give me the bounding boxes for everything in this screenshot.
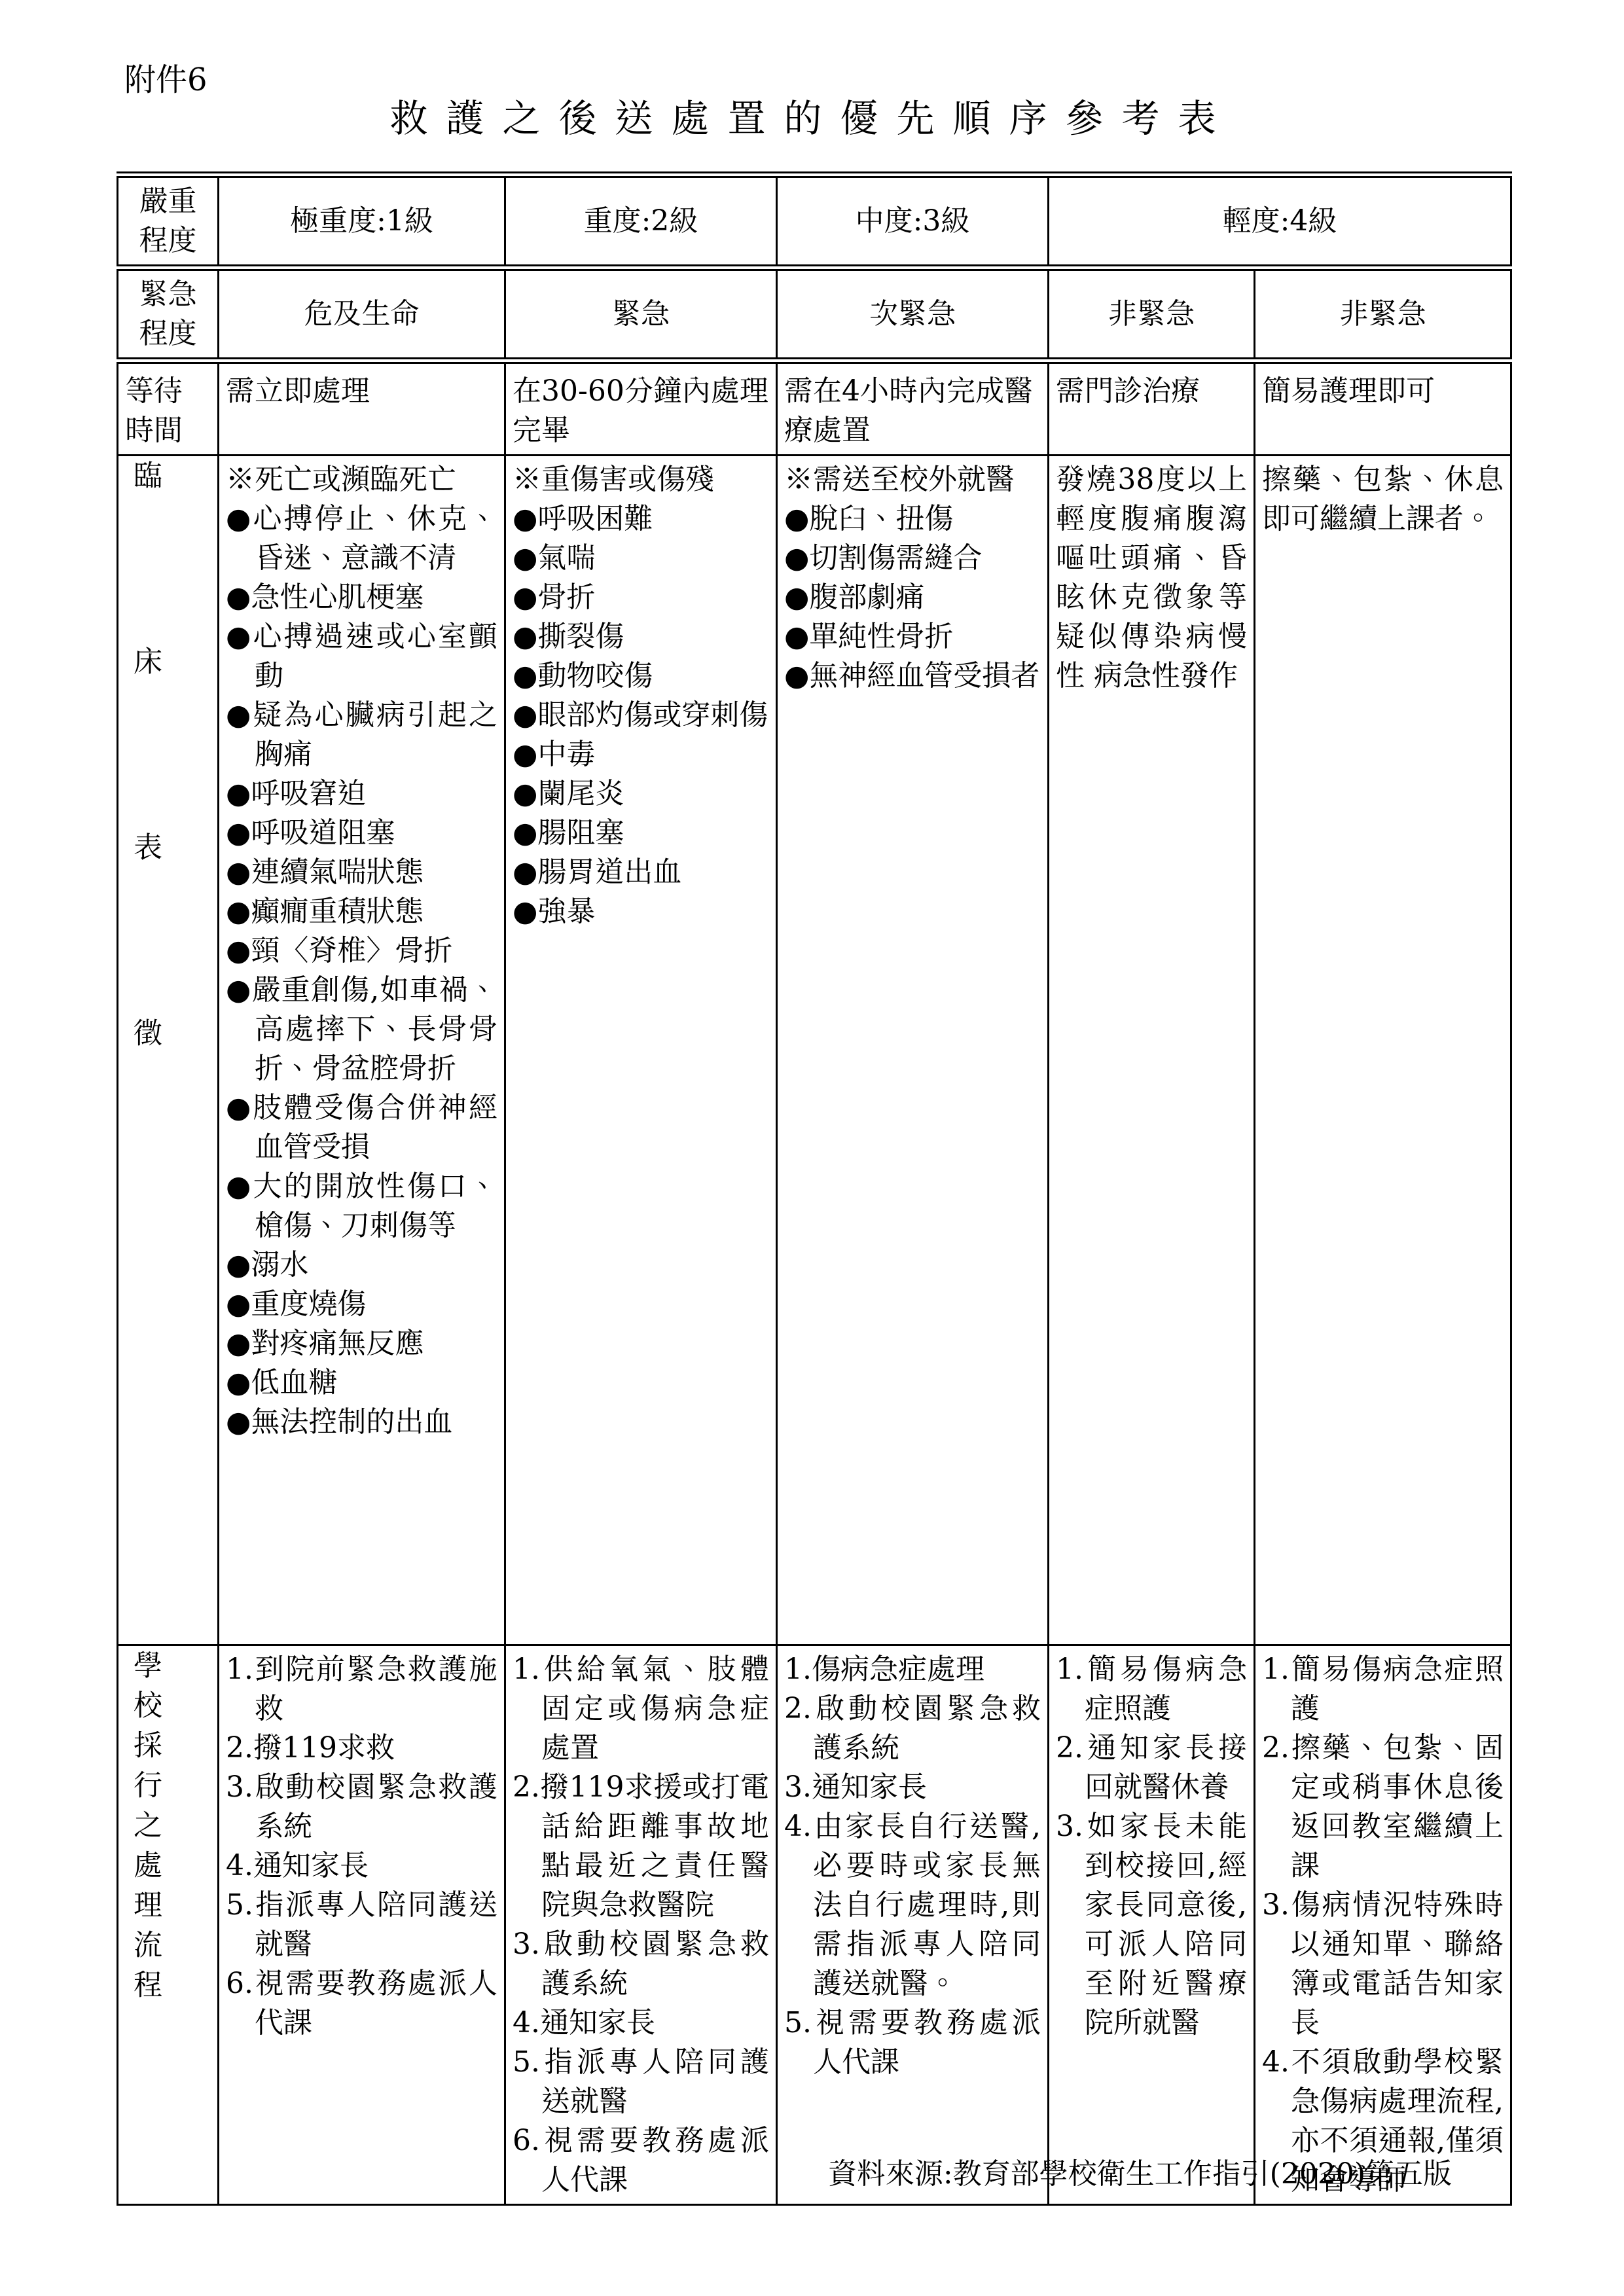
procedure-step: 3.啟動校園緊急救護系統 (226, 1768, 497, 1846)
footer-source: 資料來源:教育部學校衛生工作指引(2020)第五版 (117, 2157, 1452, 2192)
clinical-sign-item: ●強暴 (513, 892, 769, 931)
clinical-sign-item: ●溺水 (226, 1246, 497, 1285)
severity-level-1: 極重度:1級 (219, 175, 505, 268)
clinical-sign-item: ●連續氣喘狀態 (226, 853, 497, 892)
procedure-step: 2.撥119求救 (226, 1729, 497, 1768)
wait-time-row: 等待時間 需立即處理 在30-60分鐘內處理完畢 需在4小時內完成醫療處置 需門… (118, 361, 1511, 456)
clinical-signs-col-2: ※重傷害或傷殘 ●呼吸困難●氣喘●骨折●撕裂傷●動物咬傷●眼部灼傷或穿刺傷●中毒… (505, 456, 777, 1645)
clinical-signs-col-4-text: 發燒38度以上輕度腹痛腹瀉嘔吐頭痛、昏眩休克徵象等疑似傳染病慢性 病急性發作 (1056, 460, 1247, 696)
procedure-step: 1.簡易傷病急症照護 (1056, 1650, 1247, 1729)
clinical-sign-item: ●動物咬傷 (513, 656, 769, 696)
clinical-sign-item: ●頸〈脊椎〉骨折 (226, 931, 497, 971)
clinical-signs-col-3-header: ※需送至校外就醫 (784, 460, 1041, 499)
clinical-signs-col-2-header: ※重傷害或傷殘 (513, 460, 769, 499)
procedure-step: 2.通知家長接回就醫休養 (1056, 1729, 1247, 1807)
urgency-col-4: 非緊急 (1049, 268, 1255, 361)
wait-time-col-5: 簡易護理即可 (1255, 361, 1511, 456)
school-procedures-row-header: 學校採行之處理流程 (118, 1645, 219, 2205)
procedure-step: 3.通知家長 (784, 1768, 1041, 1807)
clinical-signs-col-4: 發燒38度以上輕度腹痛腹瀉嘔吐頭痛、昏眩休克徵象等疑似傳染病慢性 病急性發作 (1049, 456, 1255, 1645)
clinical-sign-item: ●腸胃道出血 (513, 853, 769, 892)
procedure-step: 4.通知家長 (226, 1846, 497, 1886)
procedure-step: 5.視需要教務處派人代課 (784, 2003, 1041, 2082)
clinical-signs-col-3-list: ●脫臼、扭傷●切割傷需縫合●腹部劇痛●單純性骨折●無神經血管受損者 (784, 499, 1041, 696)
attachment-label: 附件6 (124, 63, 208, 98)
clinical-sign-item: ●急性心肌梗塞 (226, 578, 497, 617)
severity-level-3: 中度:3級 (777, 175, 1049, 268)
severity-row: 嚴重程度 極重度:1級 重度:2級 中度:3級 輕度:4級 (118, 175, 1511, 268)
procedures-col-4-list: 1.簡易傷病急症照護2.通知家長接回就醫休養3.如家長未能到校接回,經家長同意後… (1056, 1650, 1247, 2043)
procedure-step: 4.由家長自行送醫,必要時或家長無法自行處理時,則需指派專人陪同護送就醫。 (784, 1807, 1041, 2003)
urgency-row-header: 緊急程度 (118, 268, 219, 361)
wait-time-row-header: 等待時間 (118, 361, 219, 456)
school-procedures-row-header-text: 學校採行之處理流程 (125, 1650, 164, 2009)
procedures-col-4: 1.簡易傷病急症照護2.通知家長接回就醫休養3.如家長未能到校接回,經家長同意後… (1049, 1645, 1255, 2205)
wait-time-col-2: 在30-60分鐘內處理完畢 (505, 361, 777, 456)
clinical-sign-item: ●大的開放性傷口、槍傷、刀刺傷等 (226, 1167, 497, 1246)
clinical-sign-item: ●低血糖 (226, 1363, 497, 1403)
procedures-col-1: 1.到院前緊急救護施救2.撥119求救3.啟動校園緊急救護系統4.通知家長5.指… (219, 1645, 505, 2205)
procedures-col-3-list: 1.傷病急症處理2.啟動校園緊急救護系統3.通知家長4.由家長自行送醫,必要時或… (784, 1650, 1041, 2082)
procedure-step: 1.供給氧氣、肢體固定或傷病急症處置 (513, 1650, 769, 1768)
procedure-step: 1.到院前緊急救護施救 (226, 1650, 497, 1729)
clinical-sign-item: ●無神經血管受損者 (784, 656, 1041, 696)
clinical-sign-item: ●中毒 (513, 735, 769, 774)
procedures-col-5-list: 1.簡易傷病急症照護2.擦藥、包紮、固定或稍事休息後返回教室繼續上課3.傷病情況… (1262, 1650, 1504, 2200)
severity-level-2: 重度:2級 (505, 175, 777, 268)
urgency-col-1: 危及生命 (219, 268, 505, 361)
clinical-signs-col-2-list: ●呼吸困難●氣喘●骨折●撕裂傷●動物咬傷●眼部灼傷或穿刺傷●中毒●闌尾炎●腸阻塞… (513, 499, 769, 931)
clinical-sign-item: ●心搏停止、休克、昏迷、意識不清 (226, 499, 497, 578)
procedures-col-3: 1.傷病急症處理2.啟動校園緊急救護系統3.通知家長4.由家長自行送醫,必要時或… (777, 1645, 1049, 2205)
clinical-sign-item: ●氣喘 (513, 539, 769, 578)
procedures-col-1-list: 1.到院前緊急救護施救2.撥119求救3.啟動校園緊急救護系統4.通知家長5.指… (226, 1650, 497, 2043)
clinical-sign-item: ●嚴重創傷,如車禍、高處摔下、長骨骨折、骨盆腔骨折 (226, 971, 497, 1088)
wait-time-col-1: 需立即處理 (219, 361, 505, 456)
clinical-sign-item: ●呼吸困難 (513, 499, 769, 539)
clinical-sign-item: ●呼吸道阻塞 (226, 814, 497, 853)
clinical-sign-item: ●腸阻塞 (513, 814, 769, 853)
urgency-col-3: 次緊急 (777, 268, 1049, 361)
procedure-step: 1.傷病急症處理 (784, 1650, 1041, 1689)
clinical-signs-row: 臨床表徵 ※死亡或瀕臨死亡 ●心搏停止、休克、昏迷、意識不清●急性心肌梗塞●心搏… (118, 456, 1511, 1645)
clinical-sign-item: ●癲癇重積狀態 (226, 892, 497, 931)
procedure-step: 2.啟動校園緊急救護系統 (784, 1689, 1041, 1768)
clinical-signs-col-1: ※死亡或瀕臨死亡 ●心搏停止、休克、昏迷、意識不清●急性心肌梗塞●心搏過速或心室… (219, 456, 505, 1645)
clinical-sign-item: ●切割傷需縫合 (784, 539, 1041, 578)
procedure-step: 3.如家長未能到校接回,經家長同意後,可派人陪同至附近醫療院所就醫 (1056, 1807, 1247, 2043)
clinical-sign-item: ●疑為心臟病引起之胸痛 (226, 696, 497, 774)
document-page: 附件6 救護之後送處置的優先順序參考表 嚴重程度 極重度:1級 重度:2級 中度… (0, 0, 1624, 2296)
procedure-step: 2.撥119求援或打電話給距離事故地點最近之責任醫院與急救醫院 (513, 1768, 769, 1925)
clinical-sign-item: ●無法控制的出血 (226, 1403, 497, 1442)
clinical-signs-col-5-text: 擦藥、包紮、休息即可繼續上課者。 (1262, 460, 1504, 539)
procedure-step: 3.傷病情況特殊時以通知單、聯絡簿或電話告知家長 (1262, 1886, 1504, 2043)
clinical-sign-item: ●呼吸窘迫 (226, 774, 497, 814)
procedure-step: 5.指派專人陪同護送就醫 (226, 1886, 497, 1964)
urgency-row: 緊急程度 危及生命 緊急 次緊急 非緊急 非緊急 (118, 268, 1511, 361)
procedures-col-2: 1.供給氧氣、肢體固定或傷病急症處置2.撥119求援或打電話給距離事故地點最近之… (505, 1645, 777, 2205)
clinical-signs-row-header-text: 臨床表徵 (125, 460, 164, 1204)
clinical-sign-item: ●肢體受傷合併神經血管受損 (226, 1088, 497, 1167)
procedure-step: 2.擦藥、包紮、固定或稍事休息後返回教室繼續上課 (1262, 1729, 1504, 1886)
urgency-col-2: 緊急 (505, 268, 777, 361)
urgency-col-5: 非緊急 (1255, 268, 1511, 361)
clinical-signs-col-3: ※需送至校外就醫 ●脫臼、扭傷●切割傷需縫合●腹部劇痛●單純性骨折●無神經血管受… (777, 456, 1049, 1645)
clinical-sign-item: ●脫臼、扭傷 (784, 499, 1041, 539)
clinical-sign-item: ●骨折 (513, 578, 769, 617)
clinical-signs-row-header: 臨床表徵 (118, 456, 219, 1645)
procedure-step: 1.簡易傷病急症照護 (1262, 1650, 1504, 1729)
procedure-step: 5.指派專人陪同護送就醫 (513, 2043, 769, 2121)
clinical-signs-col-1-header: ※死亡或瀕臨死亡 (226, 460, 497, 499)
clinical-sign-item: ●心搏過速或心室顫動 (226, 617, 497, 696)
clinical-sign-item: ●闌尾炎 (513, 774, 769, 814)
procedure-step: 3.啟動校園緊急救護系統 (513, 1925, 769, 2003)
clinical-sign-item: ●單純性骨折 (784, 617, 1041, 656)
clinical-sign-item: ●撕裂傷 (513, 617, 769, 656)
procedures-col-5: 1.簡易傷病急症照護2.擦藥、包紮、固定或稍事休息後返回教室繼續上課3.傷病情況… (1255, 1645, 1511, 2205)
clinical-sign-item: ●重度燒傷 (226, 1285, 497, 1324)
clinical-sign-item: ●眼部灼傷或穿刺傷 (513, 696, 769, 735)
school-procedures-row: 學校採行之處理流程 1.到院前緊急救護施救2.撥119求救3.啟動校園緊急救護系… (118, 1645, 1511, 2205)
clinical-signs-col-1-list: ●心搏停止、休克、昏迷、意識不清●急性心肌梗塞●心搏過速或心室顫動●疑為心臟病引… (226, 499, 497, 1442)
severity-level-4: 輕度:4級 (1049, 175, 1511, 268)
procedures-col-2-list: 1.供給氧氣、肢體固定或傷病急症處置2.撥119求援或打電話給距離事故地點最近之… (513, 1650, 769, 2200)
procedure-step: 4.通知家長 (513, 2003, 769, 2043)
severity-row-header: 嚴重程度 (118, 175, 219, 268)
clinical-sign-item: ●對疼痛無反應 (226, 1324, 497, 1363)
clinical-sign-item: ●腹部劇痛 (784, 578, 1041, 617)
wait-time-col-3: 需在4小時內完成醫療處置 (777, 361, 1049, 456)
clinical-signs-col-5: 擦藥、包紮、休息即可繼續上課者。 (1255, 456, 1511, 1645)
procedure-step: 6.視需要教務處派人代課 (226, 1964, 497, 2043)
priority-reference-table: 嚴重程度 極重度:1級 重度:2級 中度:3級 輕度:4級 緊急程度 危及生命 … (117, 171, 1512, 2206)
wait-time-col-4: 需門診治療 (1049, 361, 1255, 456)
page-title: 救護之後送處置的優先順序參考表 (0, 97, 1624, 141)
